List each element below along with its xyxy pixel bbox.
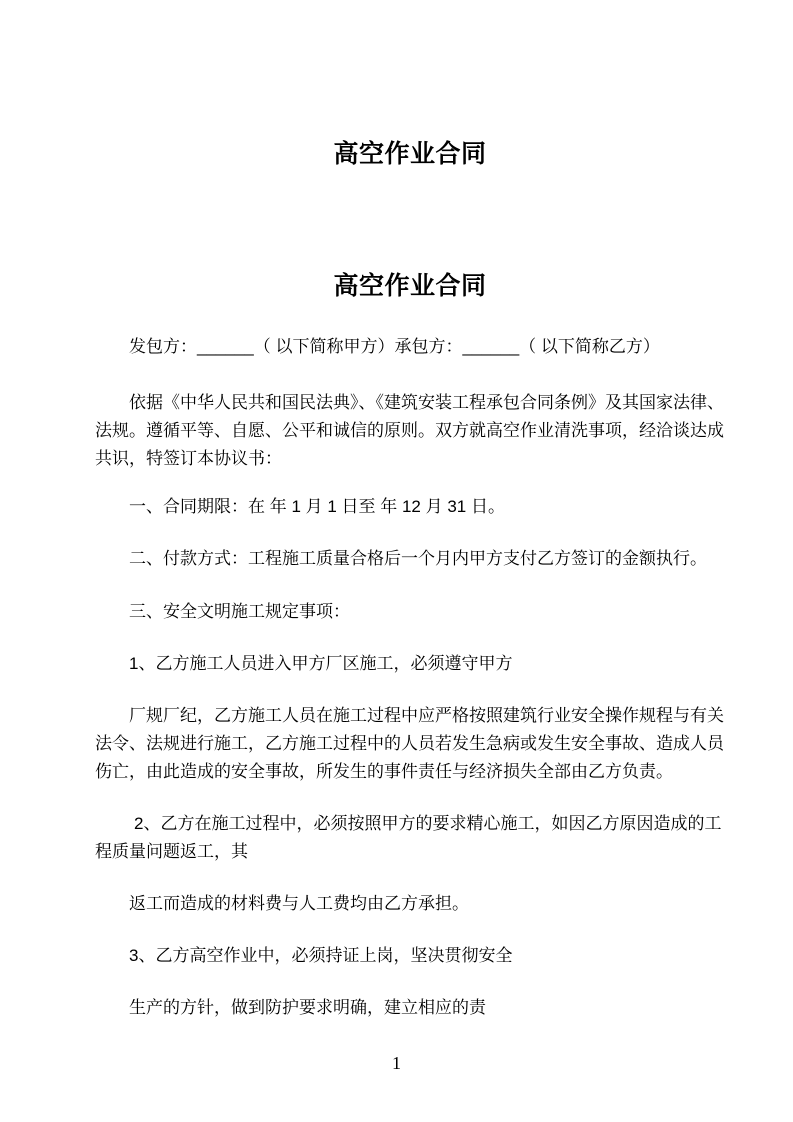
clause-item-2-continuation: 返工而造成的材料费与人工费均由乙方承担。 [95, 890, 725, 918]
clause-item-2: 2、乙方在施工过程中，必须按照甲方的要求精心施工，如因乙方原因造成的工程质量问题… [95, 810, 725, 866]
clause-item-3: 3、乙方高空作业中，必须持证上岗，坚决贯彻安全 [95, 942, 725, 970]
page-number: 1 [0, 1052, 793, 1074]
document-content: 高空作业合同 高空作业合同 发包方：______（ 以下简称甲方）承包方：___… [95, 0, 725, 1022]
contract-parties-line: 发包方：______（ 以下简称甲方）承包方：______（ 以下简称乙方） [95, 333, 725, 361]
document-page: 高空作业合同 高空作业合同 发包方：______（ 以下简称甲方）承包方：___… [0, 0, 793, 1122]
contract-body-title: 高空作业合同 [95, 271, 725, 301]
document-main-title: 高空作业合同 [95, 139, 725, 169]
clause-payment-method: 二、付款方式：工程施工质量合格后一个月内甲方支付乙方签订的金额执行。 [95, 545, 725, 573]
preamble-paragraph: 依据《中华人民共和国民法典》、《建筑安装工程承包合同条例》及其国家法律、法规。遵… [95, 389, 725, 473]
clause-item-1: 1、乙方施工人员进入甲方厂区施工，必须遵守甲方 [95, 650, 725, 678]
clause-item-1-detail: 厂规厂纪，乙方施工人员在施工过程中应严格按照建筑行业安全操作规程与有关法令、法规… [95, 702, 725, 786]
clause-item-3-continuation: 生产的方针，做到防护要求明确，建立相应的责 [95, 994, 725, 1022]
clause-safety-heading: 三、安全文明施工规定事项： [95, 598, 725, 626]
clause-contract-term: 一、合同期限：在 年 1 月 1 日至 年 12 月 31 日。 [95, 493, 725, 521]
